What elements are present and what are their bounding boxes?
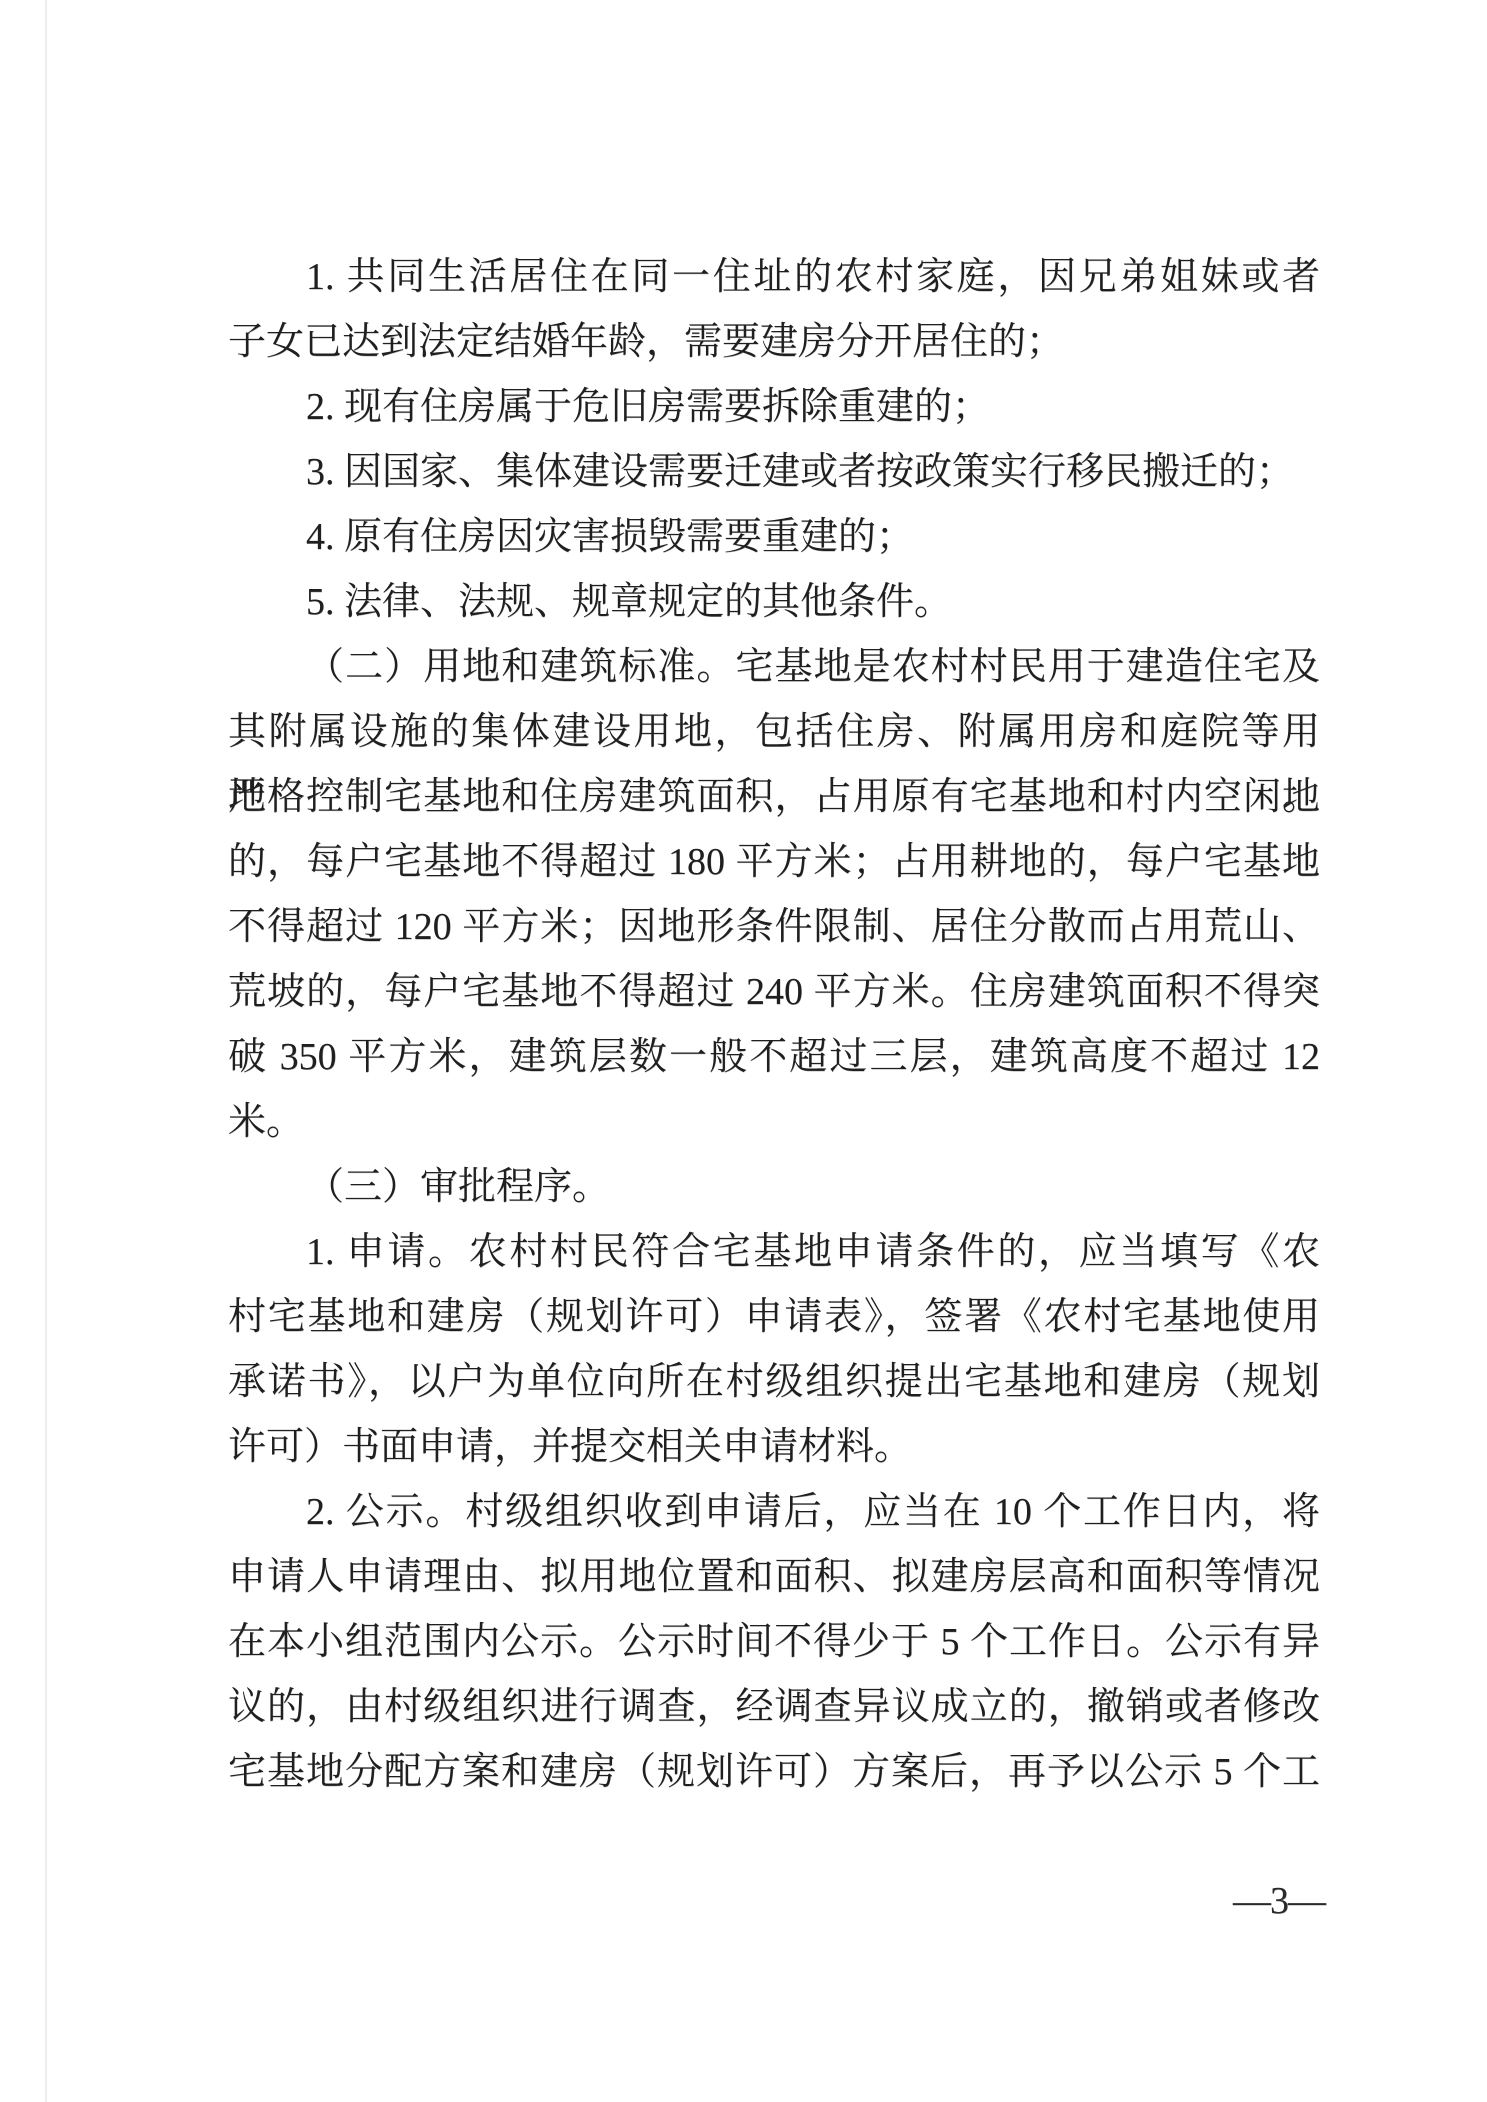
text-line: 不得超过 120 平方米；因地形条件限制、居住分散而占用荒山、: [228, 895, 1320, 960]
text-line: （二）用地和建筑标准。宅基地是农村村民用于建造住宅及: [228, 635, 1320, 700]
text-line: 宅基地分配方案和建房（规划许可）方案后，再予以公示 5 个工: [228, 1740, 1320, 1805]
scanned-page: 1. 共同生活居住在同一住址的农村家庭，因兄弟姐妹或者子女已达到法定结婚年龄，需…: [0, 0, 1487, 2102]
text-line: 米。: [228, 1090, 1320, 1155]
text-line: 2. 现有住房属于危旧房需要拆除重建的；: [228, 375, 1320, 440]
text-line: 1. 共同生活居住在同一住址的农村家庭，因兄弟姐妹或者: [228, 245, 1320, 310]
text-line: 荒坡的，每户宅基地不得超过 240 平方米。住房建筑面积不得突: [228, 960, 1320, 1025]
text-line: 其附属设施的集体建设用地，包括住房、附属用房和庭院等用地。: [228, 700, 1320, 765]
text-line: 4. 原有住房因灾害损毁需要重建的；: [228, 505, 1320, 570]
text-line: 议的，由村级组织进行调查，经调查异议成立的，撤销或者修改: [228, 1675, 1320, 1740]
text-line: 申请人申请理由、拟用地位置和面积、拟建房层高和面积等情况: [228, 1545, 1320, 1610]
text-line: 承诺书》，以户为单位向所在村级组织提出宅基地和建房（规划: [228, 1350, 1320, 1415]
text-line: 5. 法律、法规、规章规定的其他条件。: [228, 570, 1320, 635]
text-line: 1. 申请。农村村民符合宅基地申请条件的，应当填写《农: [228, 1220, 1320, 1285]
text-line: 许可）书面申请，并提交相关申请材料。: [228, 1415, 1320, 1480]
text-line: 2. 公示。村级组织收到申请后，应当在 10 个工作日内，将: [228, 1480, 1320, 1545]
document-body: 1. 共同生活居住在同一住址的农村家庭，因兄弟姐妹或者子女已达到法定结婚年龄，需…: [228, 245, 1320, 1805]
text-line: 破 350 平方米，建筑层数一般不超过三层，建筑高度不超过 12: [228, 1025, 1320, 1090]
text-line: 子女已达到法定结婚年龄，需要建房分开居住的；: [228, 310, 1320, 375]
text-line: （三）审批程序。: [228, 1155, 1320, 1220]
text-line: 在本小组范围内公示。公示时间不得少于 5 个工作日。公示有异: [228, 1610, 1320, 1675]
page-number: —3—: [1233, 1880, 1325, 1922]
text-line: 严格控制宅基地和住房建筑面积，占用原有宅基地和村内空闲地: [228, 765, 1320, 830]
scan-edge-artifact: [45, 0, 47, 2102]
text-line: 3. 因国家、集体建设需要迁建或者按政策实行移民搬迁的；: [228, 440, 1320, 505]
text-line: 村宅基地和建房（规划许可）申请表》，签署《农村宅基地使用: [228, 1285, 1320, 1350]
text-line: 的，每户宅基地不得超过 180 平方米；占用耕地的，每户宅基地: [228, 830, 1320, 895]
